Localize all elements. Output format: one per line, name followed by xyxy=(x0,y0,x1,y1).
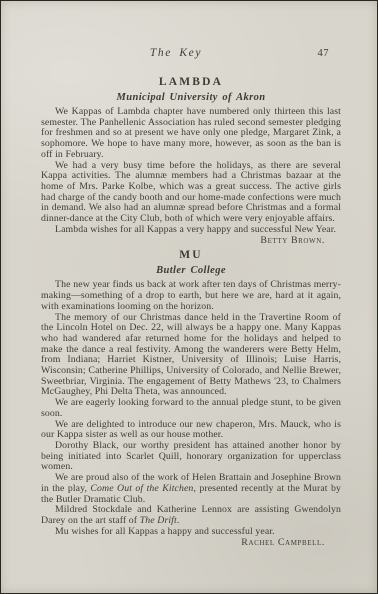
running-head: The Key 47 xyxy=(41,47,341,60)
paragraph: Mildred Stockdale and Katherine Lennox a… xyxy=(41,505,341,526)
paragraph: The memory of our Christmas dance held i… xyxy=(41,313,341,399)
paragraph: Mu wishes for all Kappas a happy and suc… xyxy=(41,527,341,538)
section-lambda: LAMBDA Municipal University of Akron We … xyxy=(41,76,341,246)
scanned-book-page: The Key 47 LAMBDA Municipal University o… xyxy=(0,0,378,594)
section-heading: MU xyxy=(41,249,341,261)
page-content: The Key 47 LAMBDA Municipal University o… xyxy=(1,1,377,548)
paragraph: Lambda wishes for all Kappas a very happ… xyxy=(41,225,341,236)
signature: Betty Brown. xyxy=(41,235,325,246)
paragraph: The new year finds us back at work after… xyxy=(41,280,341,312)
paragraph: We Kappas of Lambda chapter have numbere… xyxy=(41,107,341,161)
paragraph: We are eagerly looking forward to the an… xyxy=(41,398,341,419)
paragraph: We are proud also of the work of Helen B… xyxy=(41,473,341,505)
section-mu: MU Butler College The new year finds us … xyxy=(41,249,341,548)
running-title: The Key xyxy=(41,47,311,59)
section-subheading: Butler College xyxy=(41,265,341,276)
paragraph: We are delighted to introduce our new ch… xyxy=(41,420,341,441)
paragraph: We had a very busy time before the holid… xyxy=(41,161,341,225)
section-subheading: Municipal University of Akron xyxy=(41,92,341,103)
paragraph: Dorothy Black, our worthy president has … xyxy=(41,441,341,473)
section-heading: LAMBDA xyxy=(41,76,341,88)
page-number: 47 xyxy=(318,48,330,59)
signature: Rachel Campbell. xyxy=(41,537,325,548)
